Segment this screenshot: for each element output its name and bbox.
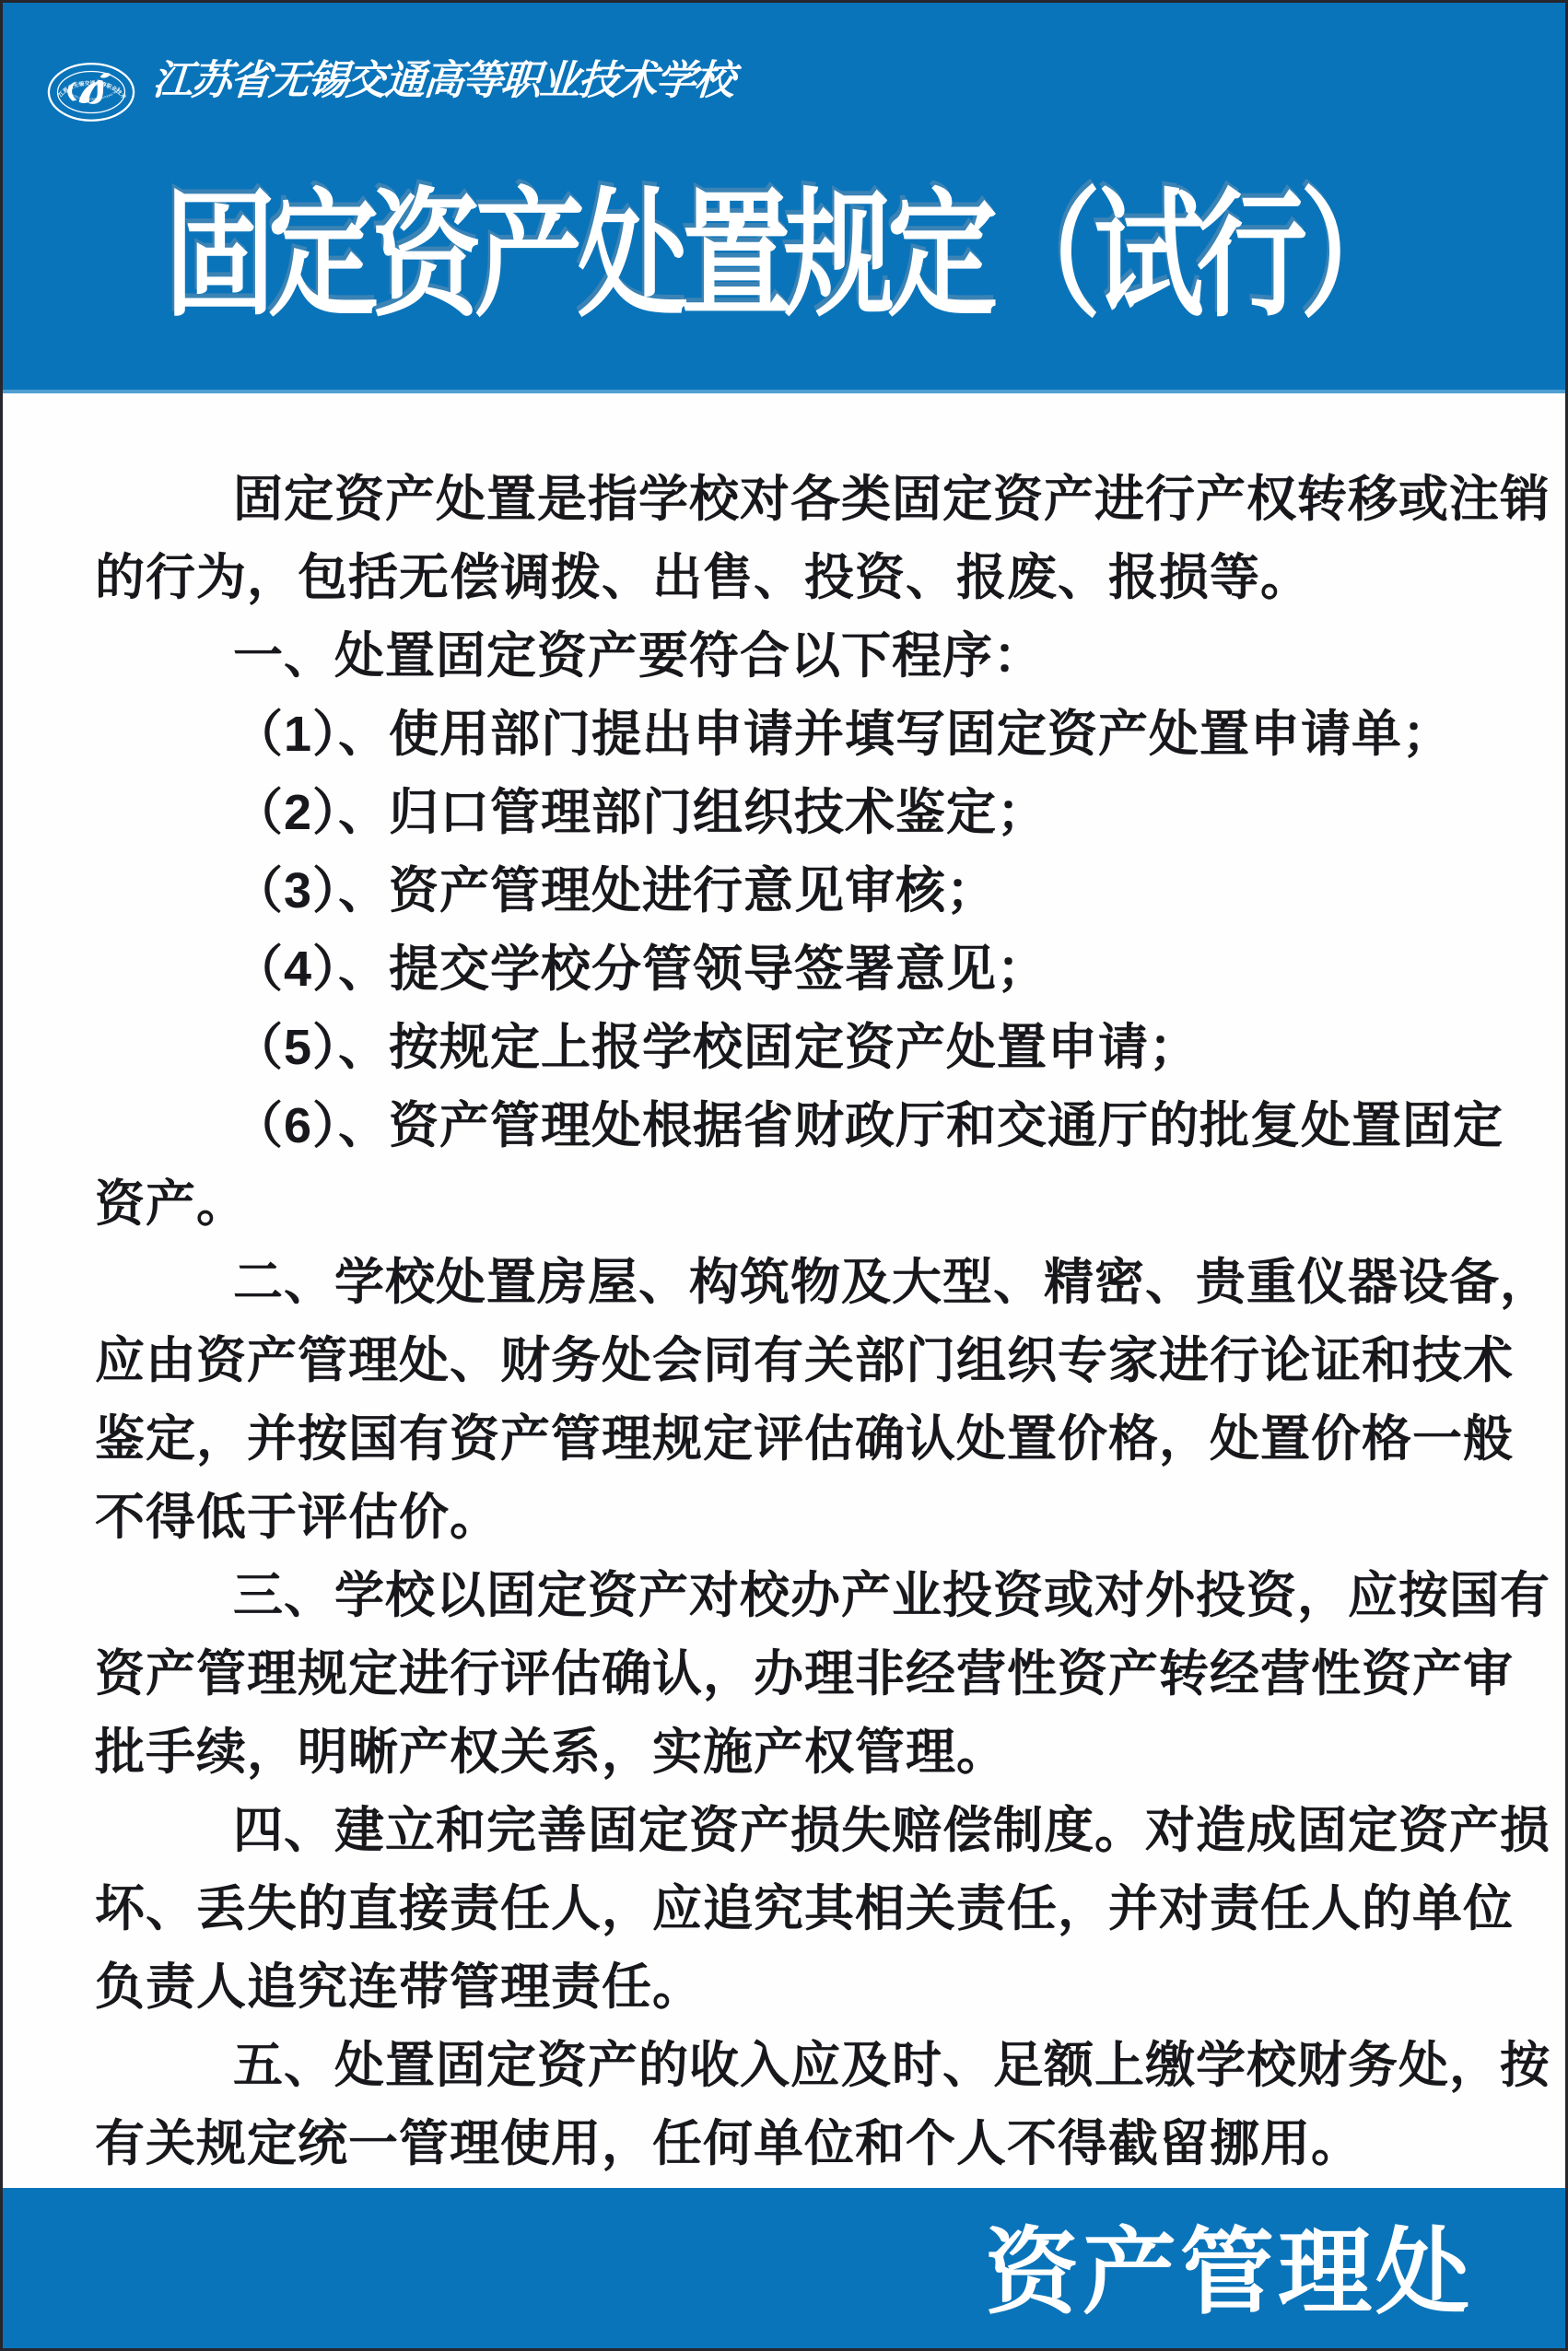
body-line: 四、建立和完善固定资产损失赔偿制度。对造成固定资产损 <box>95 1792 1484 1870</box>
body-line: （2）、归口管理部门组织技术鉴定； <box>95 774 1484 852</box>
content-panel: 固定资产处置是指学校对各类固定资产进行产权转移或注销 的行为，包括无偿调拨、出售… <box>3 393 1565 2193</box>
body-line: （6）、资产管理处根据省财政厅和交通厅的批复处置固定 <box>95 1087 1484 1165</box>
body-line: （4）、提交学校分管领导签署意见； <box>95 930 1484 1009</box>
body-line: 五、处置固定资产的收入应及时、足额上缴学校财务处，按 <box>95 2027 1484 2105</box>
body-line: 资产。 <box>95 1165 1484 1244</box>
body-line: 有关规定统一管理使用，任何单位和个人不得截留挪用。 <box>95 2105 1484 2183</box>
body-line: 二、学校处置房屋、构筑物及大型、精密、贵重仪器设备， <box>95 1244 1484 1322</box>
school-logo-icon: 江苏省无锡交通高等职业技术学校 WUXI INSTITUTE OF COMMUN… <box>47 62 135 123</box>
body-line: 三、学校以固定资产对校办产业投资或对外投资，应按国有 <box>95 1557 1484 1635</box>
body-line: 资产管理规定进行评估确认，办理非经营性资产转经营性资产审 <box>95 1635 1484 1714</box>
body-line: 的行为，包括无偿调拨、出售、投资、报废、报损等。 <box>95 539 1484 617</box>
poster-title: 固定资产处置规定（试行） <box>159 183 1410 331</box>
footer-department-label: 资产管理处 <box>985 2198 1473 2333</box>
footer-band: 资产管理处 <box>3 2188 1565 2348</box>
school-name: 江苏省无锡交通高等职业技术学校 <box>151 47 735 106</box>
body-line: 鉴定，并按国有资产管理规定评估确认处置价格，处置价格一般 <box>95 1400 1484 1479</box>
body-line: 不得低于评估价。 <box>95 1479 1484 1557</box>
body-line: 一、处置固定资产要符合以下程序： <box>95 617 1484 696</box>
body-line: 批手续，明晰产权关系，实施产权管理。 <box>95 1714 1484 1792</box>
body-line: 负责人追究连带管理责任。 <box>95 1948 1484 2027</box>
body-line: （3）、资产管理处进行意见审核； <box>95 852 1484 930</box>
body-line: （5）、按规定上报学校固定资产处置申请； <box>95 1009 1484 1087</box>
body-line: 坏、丢失的直接责任人，应追究其相关责任，并对责任人的单位 <box>95 1870 1484 1948</box>
body-line: 应由资产管理处、财务处会同有关部门组织专家进行论证和技术 <box>95 1322 1484 1400</box>
header-band: 江苏省无锡交通高等职业技术学校 WUXI INSTITUTE OF COMMUN… <box>3 3 1565 393</box>
body-line: 固定资产处置是指学校对各类固定资产进行产权转移或注销 <box>95 461 1484 539</box>
poster-root: 江苏省无锡交通高等职业技术学校 WUXI INSTITUTE OF COMMUN… <box>0 0 1568 2351</box>
body-line: （1）、使用部门提出申请并填写固定资产处置申请单； <box>95 696 1484 774</box>
